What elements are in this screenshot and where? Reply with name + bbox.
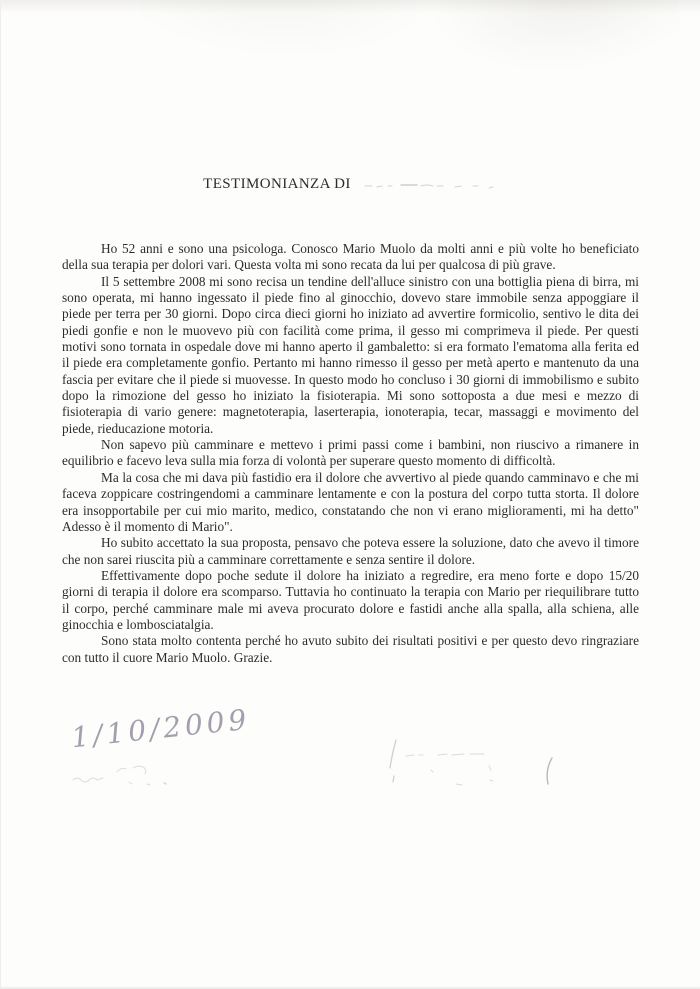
scan-streak <box>138 0 463 81</box>
scan-streak <box>414 0 687 98</box>
handwritten-date: 1/10/2009 <box>70 703 252 755</box>
paragraph-walking: Non sapevo più camminare e mettevo i pri… <box>62 437 639 470</box>
erased-handwriting-smudge <box>69 758 199 798</box>
paragraph-results: Effettivamente dopo poche sedute il dolo… <box>62 568 639 633</box>
paragraph-pain: Ma la cosa che mi dava più fastidio era … <box>62 470 639 535</box>
erased-signature-smudge <box>386 728 566 803</box>
scan-shadow-top <box>1 0 700 14</box>
document-body: Ho 52 anni e sono una psicologa. Conosco… <box>62 241 639 666</box>
document-title: TESTIMONIANZA DI <box>203 176 351 193</box>
paragraph-acceptance: Ho subito accettato la sua proposta, pen… <box>62 535 639 568</box>
paragraph-intro: Ho 52 anni e sono una psicologa. Conosco… <box>62 241 639 274</box>
document-title-row: TESTIMONIANZA DI <box>1 176 700 193</box>
paragraph-thanks: Sono stata molto contenta perché ho avut… <box>62 633 639 666</box>
scanned-document-page: TESTIMONIANZA DI Ho 52 anni e sono una p… <box>0 0 700 989</box>
erased-name-smudge <box>363 177 498 193</box>
paragraph-injury: Il 5 settembre 2008 mi sono recisa un te… <box>62 274 639 437</box>
